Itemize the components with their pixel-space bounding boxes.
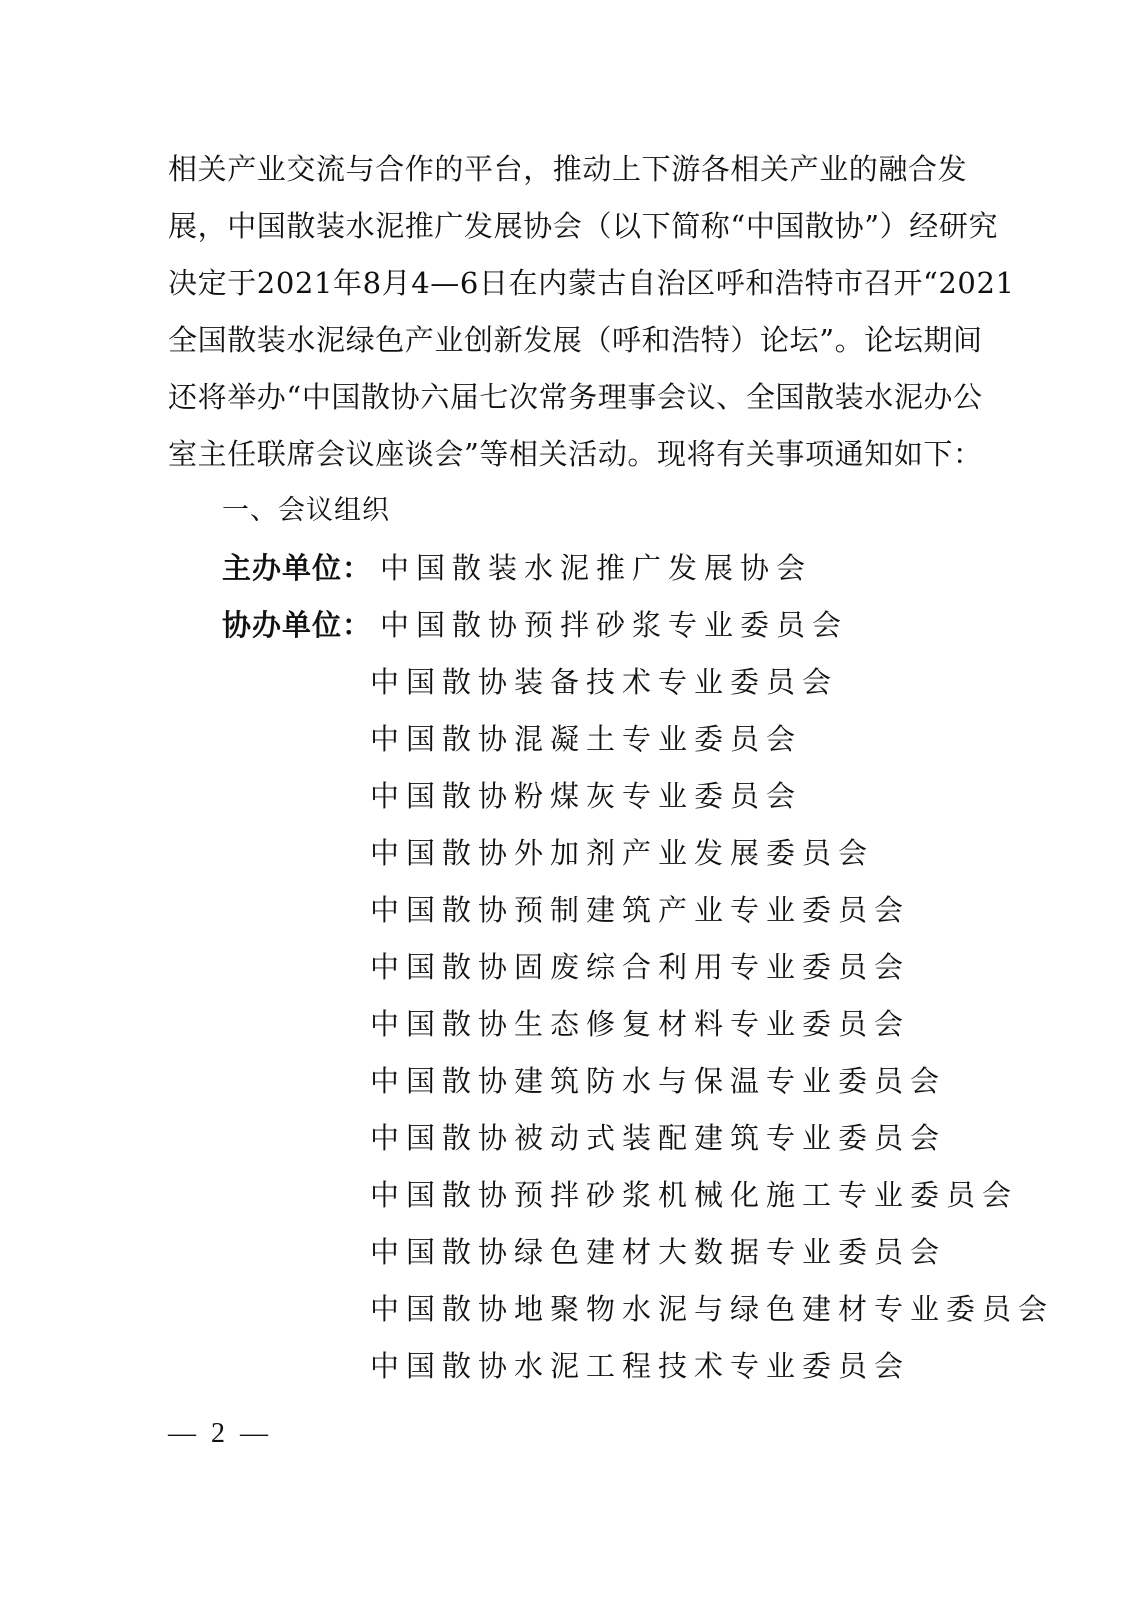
co-organizer-item: 中国散协地聚物水泥与绿色建材专业委员会 (370, 1289, 1054, 1329)
co-organizer-item: 中国散协装备技术专业委员会 (370, 662, 838, 702)
co-organizer-item: 中国散协预制建筑产业专业委员会 (370, 890, 910, 930)
host-label: 主办单位： (222, 551, 372, 585)
co-organizer-item: 中国散协绿色建材大数据专业委员会 (370, 1232, 946, 1272)
page-number: — 2 — (168, 1414, 272, 1454)
intro-line-1: 相关产业交流与合作的平台，推动上下游各相关产业的融合发 (168, 149, 944, 189)
intro-line-4: 全国散装水泥绿色产业创新发展（呼和浩特）论坛”。论坛期间 (168, 320, 944, 360)
co-organizer-item: 中国散协混凝土专业委员会 (370, 719, 802, 759)
co-organizer-item: 中国散协生态修复材料专业委员会 (370, 1004, 910, 1044)
co-organizer-item: 中国散协水泥工程技术专业委员会 (370, 1346, 910, 1386)
co-organizer-item: 中国散协预拌砂浆机械化施工专业委员会 (370, 1175, 1018, 1215)
section-heading: 一、会议组织 (222, 491, 998, 531)
document-page: 相关产业交流与合作的平台，推动上下游各相关产业的融合发 展，中国散装水泥推广发展… (0, 0, 1131, 1600)
co-organizer-item: 中国散协建筑防水与保温专业委员会 (370, 1061, 946, 1101)
co-organizer-row: 协办单位：中国散协预拌砂浆专业委员会 (222, 605, 848, 645)
host-value: 中国散装水泥推广发展协会 (380, 551, 812, 585)
co-organizer-item: 中国散协固废综合利用专业委员会 (370, 947, 910, 987)
intro-line-3: 决定于2021年8月4—6日在内蒙古自治区呼和浩特市召开“2021 (168, 263, 944, 303)
intro-line-6: 室主任联席会议座谈会”等相关活动。现将有关事项通知如下： (168, 434, 944, 474)
co-organizer-item: 中国散协粉煤灰专业委员会 (370, 776, 802, 816)
co-organizer-item: 中国散协外加剂产业发展委员会 (370, 833, 874, 873)
intro-line-5: 还将举办“中国散协六届七次常务理事会议、全国散装水泥办公 (168, 377, 944, 417)
co-organizer-item: 中国散协被动式装配建筑专业委员会 (370, 1118, 946, 1158)
co-organizer-item: 中国散协预拌砂浆专业委员会 (380, 608, 848, 642)
intro-line-2: 展，中国散装水泥推广发展协会（以下简称“中国散协”）经研究 (168, 206, 944, 246)
host-row: 主办单位：中国散装水泥推广发展协会 (222, 548, 812, 588)
co-organizer-label: 协办单位： (222, 608, 372, 642)
